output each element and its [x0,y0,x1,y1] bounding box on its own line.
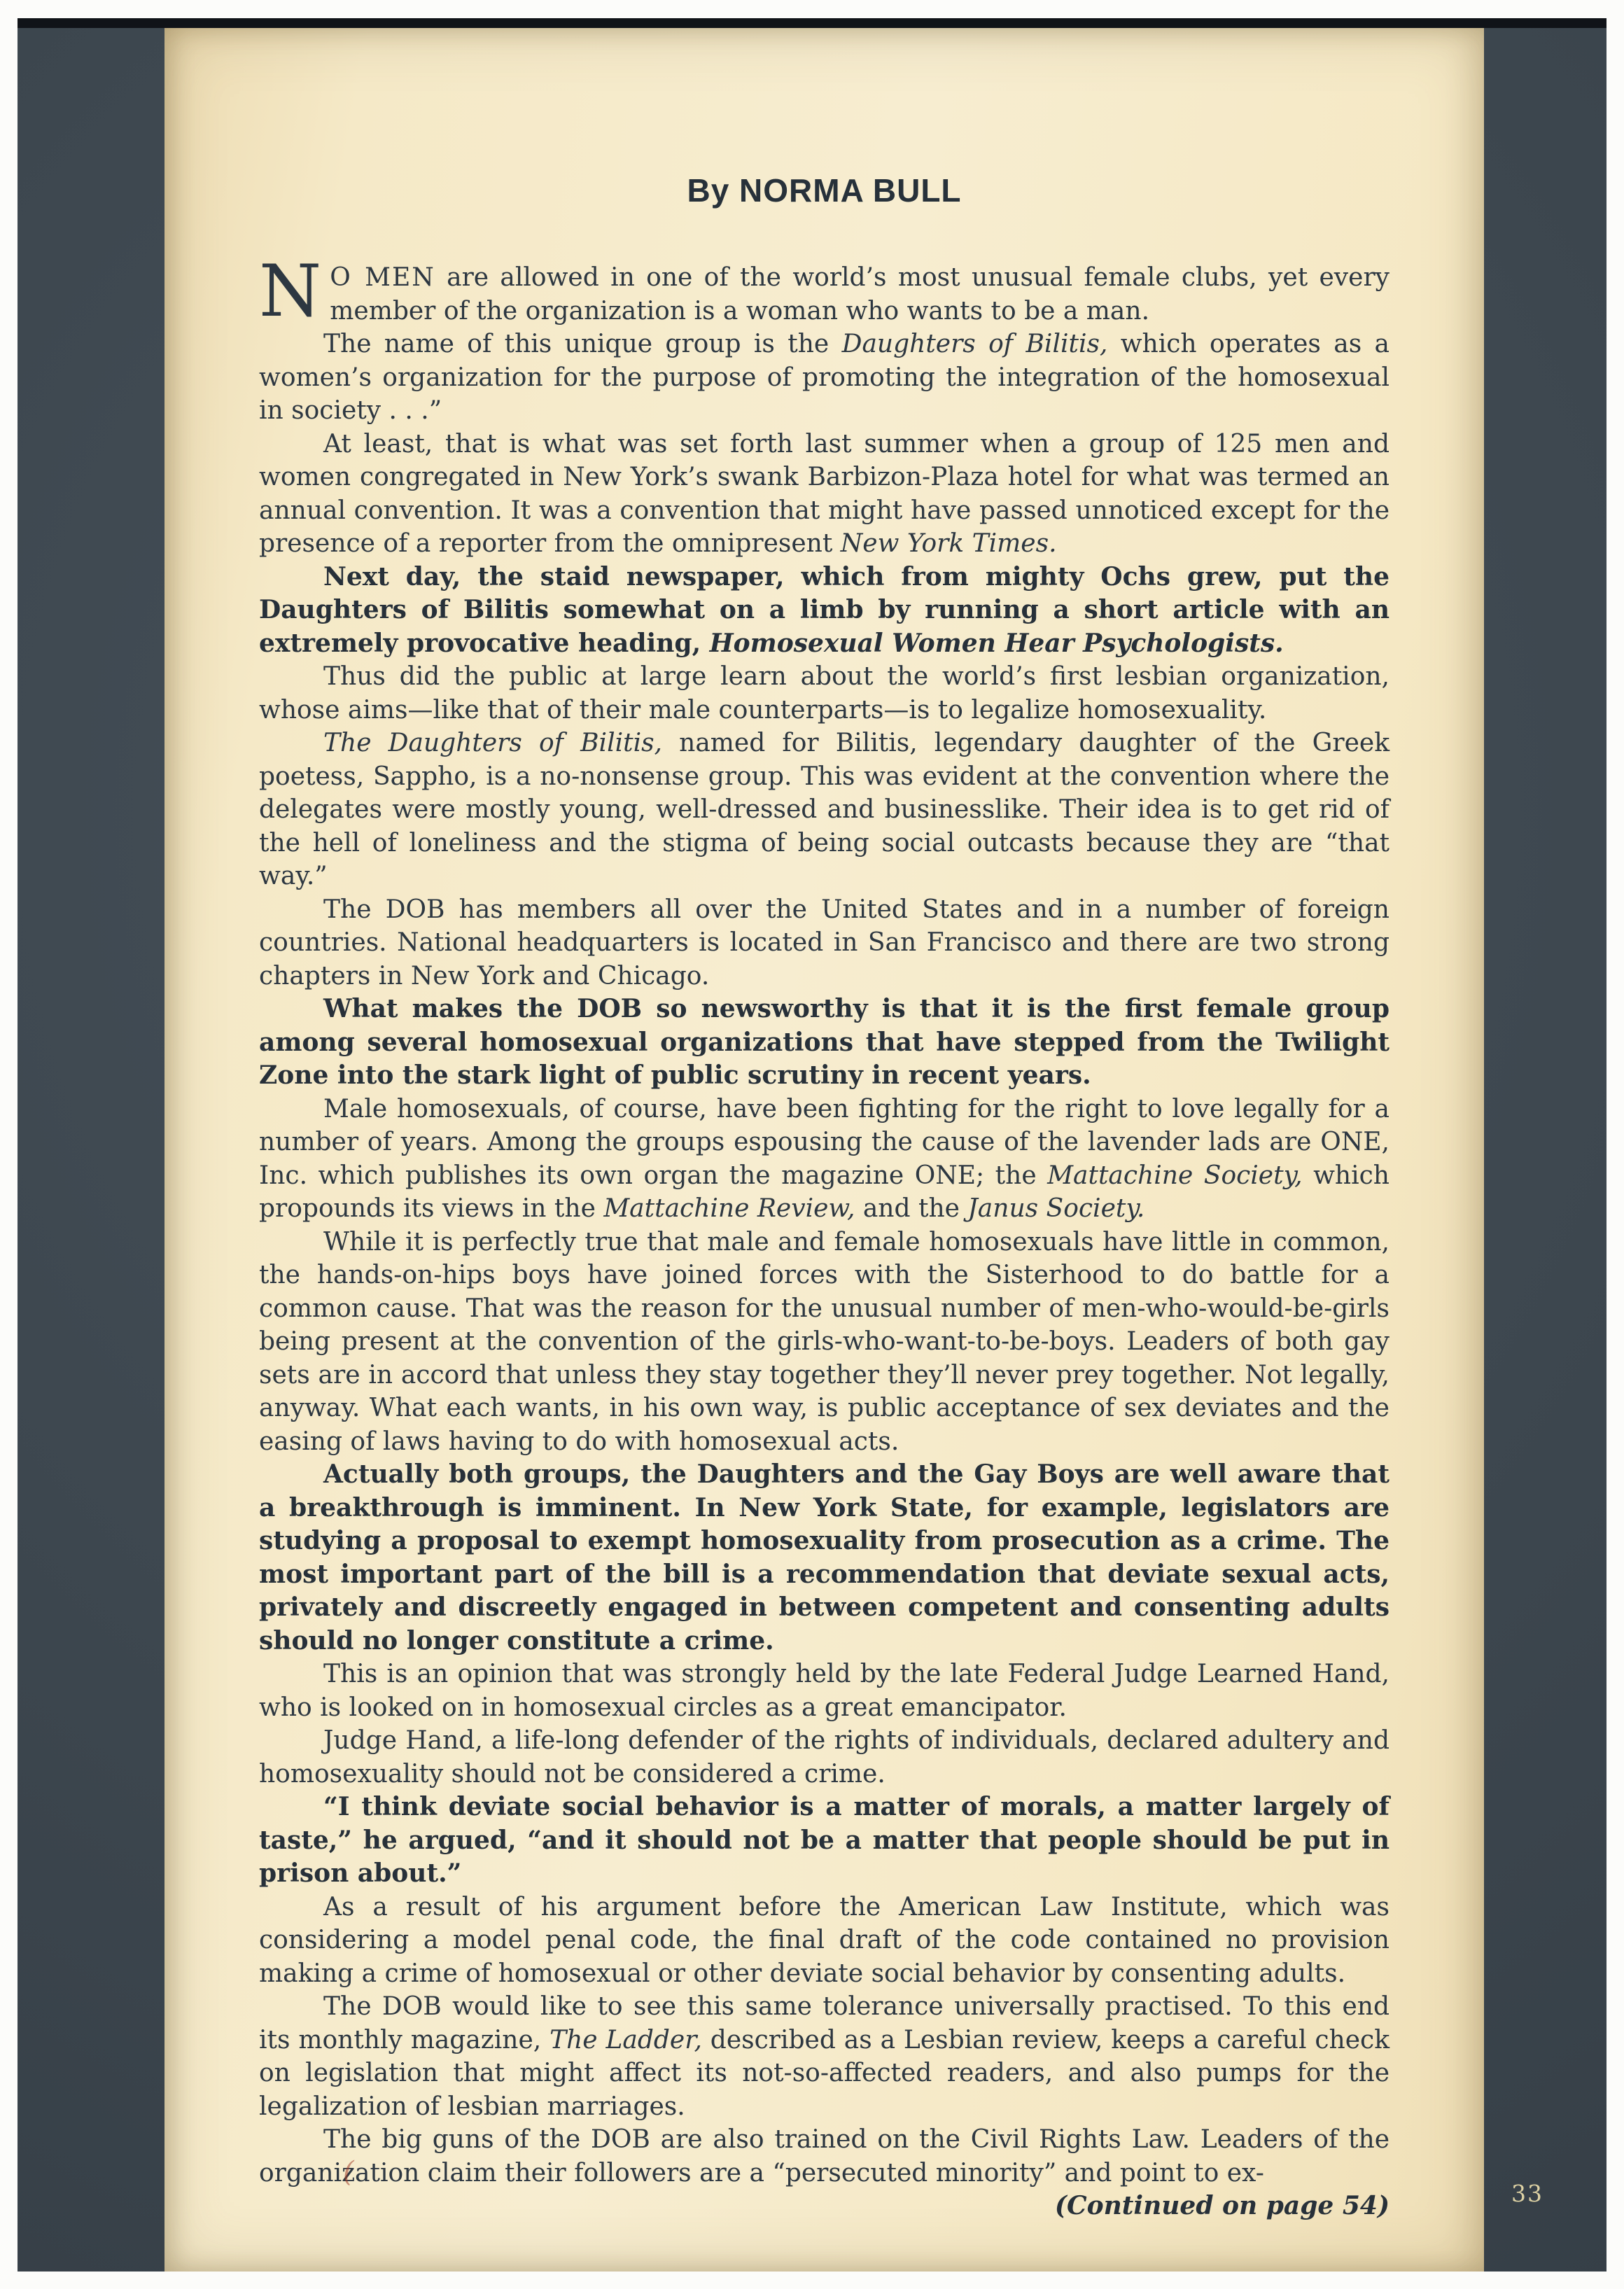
paragraph: The DOB would like to see this same tole… [259,1990,1389,2123]
text-run: and the [855,1194,967,1223]
paragraph: As a result of his argument before the A… [259,1891,1389,1991]
text-run: The Daughters of Bilitis, [323,729,662,757]
text-run: Actually both groups, the Daughters and … [259,1459,1389,1655]
stray-pen-mark: ( [343,2156,354,2188]
paragraph: The name of this unique group is the Dau… [259,328,1389,428]
text-run: What makes the DOB so newsworthy is that… [259,994,1389,1090]
text-run: The DOB has members all over the United … [259,895,1389,990]
paragraph: What makes the DOB so newsworthy is that… [259,993,1389,1093]
paragraph: Thus did the public at large learn about… [259,660,1389,727]
drop-cap: N [259,261,330,319]
text-run: “I think deviate social behavior is a ma… [259,1792,1389,1888]
text-run: Mattachine Society, [1047,1161,1302,1190]
paragraph: Next day, the staid newspaper, which fro… [259,561,1389,661]
paragraph: This is an opinion that was strongly hel… [259,1658,1389,1724]
paragraph: The DOB has members all over the United … [259,893,1389,993]
scan-backing: By NORMA BULL NO MEN are allowed in one … [17,18,1606,2271]
paragraph: The Daughters of Bilitis, named for Bili… [259,727,1389,893]
paragraph: Actually both groups, the Daughters and … [259,1458,1389,1658]
text-run: At least, that is what was set forth las… [259,430,1389,559]
page-number: 33 [1511,2180,1543,2207]
text-run: Janus Society. [967,1194,1144,1223]
article-body: NO MEN are allowed in one of the world’s… [259,261,1389,2190]
paragraph: Male homosexuals, of course, have been f… [259,1093,1389,1226]
paragraph: “I think deviate social behavior is a ma… [259,1791,1389,1891]
text-run: Daughters of Bilitis, [842,330,1108,358]
text-run: are allowed in one of the world’s most u… [330,263,1389,325]
paragraph: NO MEN are allowed in one of the world’s… [259,261,1389,328]
text-run: New York Times. [841,529,1057,558]
text-run: The Ladder, [549,2026,702,2054]
paragraph: While it is perfectly true that male and… [259,1226,1389,1459]
continued-note: (Continued on page 54) [259,2190,1389,2223]
byline: By NORMA BULL [259,171,1389,209]
text-run: Judge Hand, a life-long defender of the … [259,1726,1389,1788]
text-run: The name of this unique group is the [323,330,842,358]
text-run: As a result of his argument before the A… [259,1893,1389,1988]
text-run: While it is perfectly true that male and… [259,1228,1389,1456]
paragraph: The big guns of the DOB are also trained… [259,2123,1389,2190]
text-run: Homosexual Women Hear Psychologists. [710,629,1284,658]
paragraph: Judge Hand, a life-long defender of the … [259,1724,1389,1791]
magazine-page: By NORMA BULL NO MEN are allowed in one … [164,28,1484,2271]
text-run: O MEN [330,263,435,292]
text-run: Thus did the public at large learn about… [259,662,1389,724]
text-run: The big guns of the DOB are also trained… [259,2125,1389,2187]
paragraph: At least, that is what was set forth las… [259,428,1389,561]
text-run: This is an opinion that was strongly hel… [259,1660,1389,1722]
text-run: Mattachine Review, [603,1194,855,1223]
